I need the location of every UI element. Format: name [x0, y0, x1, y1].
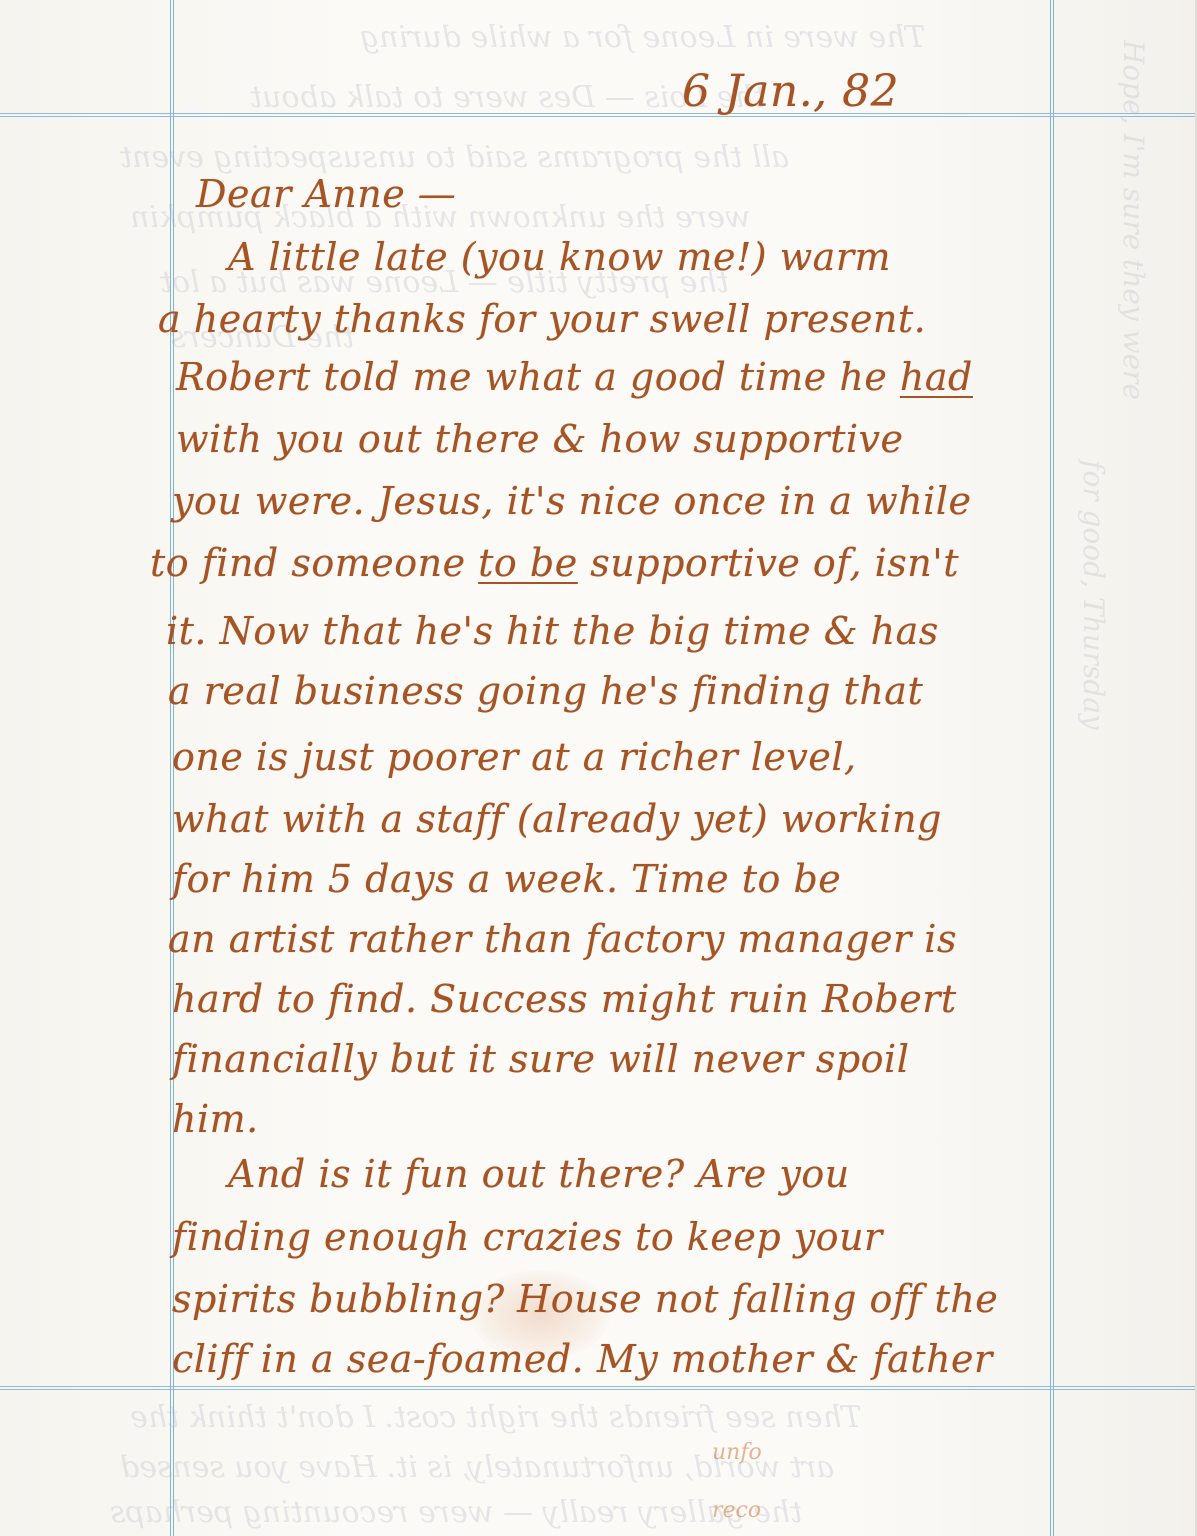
- letter-line: him.: [172, 1100, 259, 1138]
- letter-line: it. Now that he's hit the big time & has: [166, 612, 939, 650]
- bleed-through-margin: for good, Thursday: [1077, 460, 1110, 730]
- letter-line: for him 5 days a week. Time to be: [172, 860, 841, 898]
- ink-mark: reco: [712, 1498, 761, 1523]
- letter-line: cliff in a sea-foamed. My mother & fathe…: [172, 1340, 993, 1378]
- letter-line: with you out there & how supportive: [176, 420, 903, 458]
- letter-line-text: to find someone: [150, 541, 478, 585]
- right-margin-rule: [1050, 0, 1054, 1536]
- bleed-through-line: the gallery really — were recounting per…: [110, 1495, 802, 1530]
- underlined-word: to be: [478, 541, 578, 585]
- letter-line: hard to find. Success might ruin Robert: [172, 980, 957, 1018]
- letter-line: a real business going he's finding that: [168, 672, 923, 710]
- letter-line: a hearty thanks for your swell present.: [158, 300, 926, 338]
- letter-date: 6 Jan., 82: [682, 70, 899, 114]
- bleed-through-line: Then see friends the right cost. I don't…: [130, 1400, 862, 1435]
- letter-line: what with a staff (already yet) working: [172, 800, 942, 838]
- letter-line: spirits bubbling? House not falling off …: [172, 1280, 998, 1318]
- letter-line: to find someone to be supportive of, isn…: [150, 544, 959, 582]
- bleed-through-line: all the programs said to unsuspecting ev…: [120, 140, 789, 175]
- letter-salutation: Dear Anne —: [196, 175, 456, 213]
- letter-line: And is it fun out there? Are you: [228, 1155, 850, 1193]
- top-rule: [0, 113, 1195, 117]
- letter-line: an artist rather than factory manager is: [168, 920, 957, 958]
- letter-paper: The were in Leone for a while during the…: [0, 0, 1197, 1536]
- letter-line-text: Robert told me what a good time he: [176, 355, 900, 399]
- letter-line: A little late (you know me!) warm: [228, 238, 891, 276]
- underlined-word: had: [900, 355, 973, 399]
- ink-mark: unfo: [712, 1440, 762, 1465]
- letter-line: you were. Jesus, it's nice once in a whi…: [172, 482, 971, 520]
- letter-line: Robert told me what a good time he had: [176, 358, 973, 396]
- letter-line: financially but it sure will never spoil: [172, 1040, 909, 1078]
- bottom-rule: [0, 1386, 1195, 1390]
- letter-line-text: supportive of, isn't: [578, 541, 959, 585]
- letter-line: finding enough crazies to keep your: [172, 1218, 883, 1256]
- bleed-through-line: The were in Leone for a while during: [360, 20, 925, 55]
- letter-line: one is just poorer at a richer level,: [172, 738, 857, 776]
- bleed-through-margin: Hope, I'm sure they were: [1117, 40, 1150, 400]
